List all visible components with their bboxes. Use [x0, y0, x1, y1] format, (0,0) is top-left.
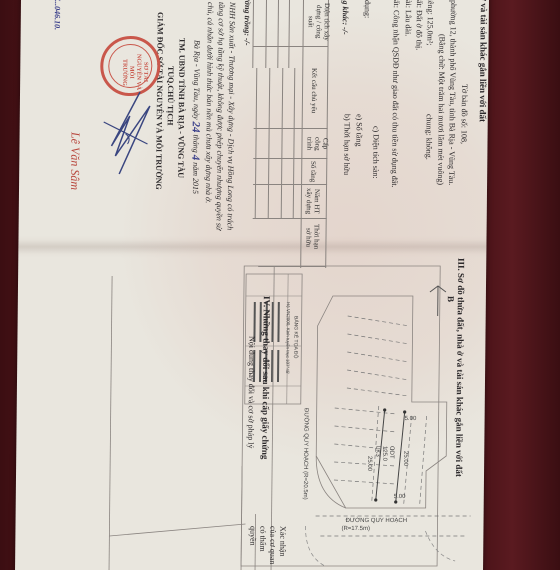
plot-diagram — [15, 0, 489, 570]
dim-top: 5.00 — [405, 416, 417, 422]
plot-area: 125.0 — [381, 446, 387, 461]
road-label-1: ĐƯỜNG QUY HOẠCH (R=20.5m) — [302, 408, 309, 500]
north-arrow-label: B — [446, 296, 456, 302]
road-label-2: ĐƯỜNG QUY HOẠCH — [346, 518, 408, 524]
section-iv-col2: Xác nhận của cơ quan có thẩm quyền — [247, 526, 287, 566]
dim-length-b: 25.00 — [366, 456, 372, 471]
coord-table-title: BẢNG KÊ TỌA ĐỘ — [292, 316, 298, 358]
certificate-page: III. Sơ đồ thửa đất, nhà ở và tài sản kh… — [15, 0, 489, 570]
plot-number: LK3 — [374, 446, 380, 457]
section-iv-title: IV. Những thay đổi sau khi cấp giấy chứn… — [260, 296, 272, 459]
plot-label: ODT — [388, 446, 394, 459]
background-cloth-right — [480, 0, 560, 570]
road-label-2-width: (R=17.5m) — [341, 526, 370, 532]
dim-bottom: 5.00 — [394, 494, 406, 500]
dim-length-a: 25.00 — [402, 451, 408, 466]
coord-table-sub: Hệ VN2000, Kinh tuyến trục 107°45' — [285, 302, 291, 374]
section-iv-col1: Nội dung thay đổi và cơ sở pháp lý — [246, 336, 256, 448]
